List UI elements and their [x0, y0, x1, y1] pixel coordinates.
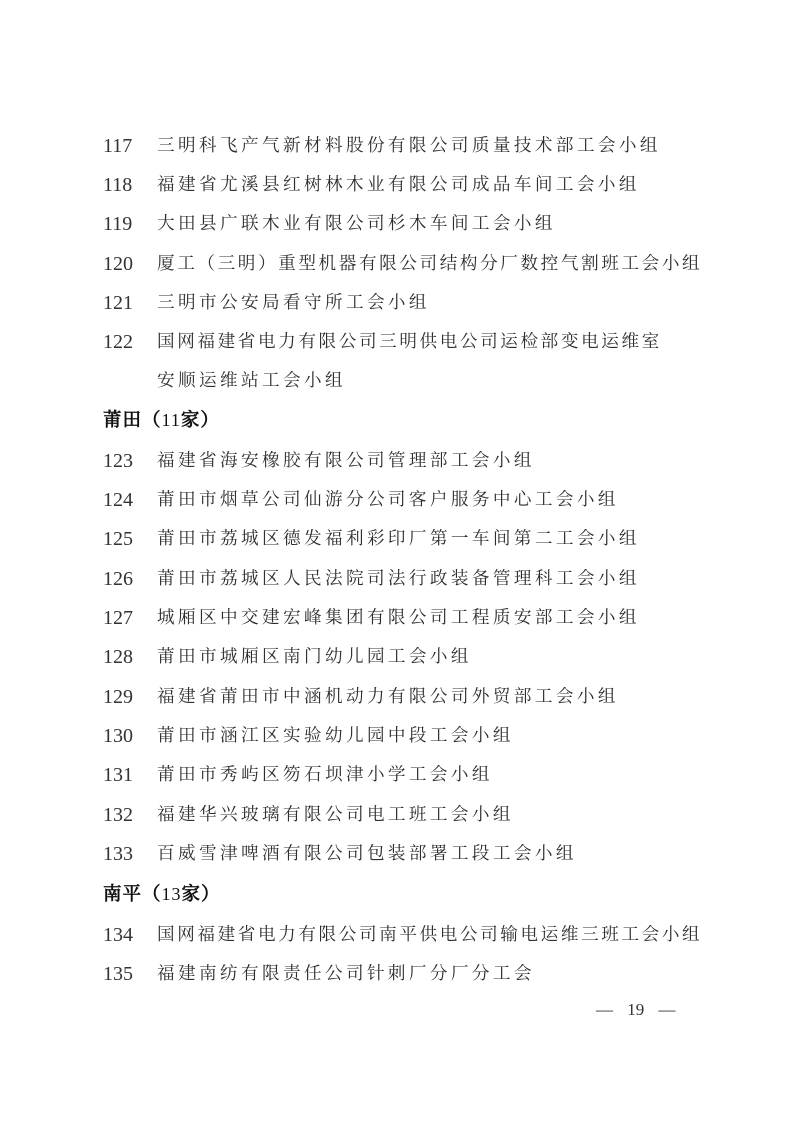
entry-number: 124	[103, 485, 133, 515]
entry-number: 118	[103, 170, 132, 200]
entry-text: 莆田市秀屿区笏石坝津小学工会小组	[157, 760, 493, 790]
entry-text: 大田县广联木业有限公司杉木车间工会小组	[157, 209, 556, 239]
entry-number: 131	[103, 760, 133, 790]
entry-text-continuation: 安顺运维站工会小组	[157, 366, 346, 396]
page-number: — 19 —	[596, 1000, 676, 1020]
entry-number: 134	[103, 920, 133, 950]
section-name: 莆田	[103, 410, 142, 431]
entry-number: 122	[103, 327, 133, 357]
section-count: 11	[162, 410, 181, 430]
entry-text: 国网福建省电力有限公司三明供电公司运检部变电运维室	[157, 327, 662, 357]
entry-text: 百威雪津啤酒有限公司包装部署工段工会小组	[157, 839, 577, 869]
entry-text: 莆田市城厢区南门幼儿园工会小组	[157, 642, 472, 672]
entry-text: 三明市公安局看守所工会小组	[157, 288, 430, 318]
entry-number: 120	[103, 249, 133, 279]
entry-number: 117	[103, 131, 132, 161]
entry-text: 城厢区中交建宏峰集团有限公司工程质安部工会小组	[157, 603, 640, 633]
entry-text: 莆田市烟草公司仙游分公司客户服务中心工会小组	[157, 485, 619, 515]
section-unit: 家）	[181, 410, 220, 431]
entry-text: 莆田市荔城区人民法院司法行政装备管理科工会小组	[157, 564, 640, 594]
entry-text: 国网福建省电力有限公司南平供电公司输电运维三班工会小组	[157, 920, 702, 950]
entry-number: 130	[103, 721, 133, 751]
entry-text: 福建省尤溪县红树林木业有限公司成品车间工会小组	[157, 170, 640, 200]
entry-number: 128	[103, 642, 133, 672]
section-name: 南平	[103, 884, 142, 905]
entry-number: 123	[103, 446, 133, 476]
entry-number: 125	[103, 524, 133, 554]
entry-number: 129	[103, 682, 133, 712]
entry-text: 三明科飞产气新材料股份有限公司质量技术部工会小组	[157, 131, 661, 161]
entry-number: 126	[103, 564, 133, 594]
entry-number: 121	[103, 288, 133, 318]
entry-text: 福建省莆田市中涵机动力有限公司外贸部工会小组	[157, 682, 619, 712]
entry-number: 133	[103, 839, 133, 869]
entry-text: 莆田市荔城区德发福利彩印厂第一车间第二工会小组	[157, 524, 640, 554]
entry-text: 福建南纺有限责任公司针刺厂分厂分工会	[157, 959, 535, 989]
section-open-paren: （	[142, 884, 162, 905]
entry-number: 127	[103, 603, 133, 633]
entry-text: 福建华兴玻璃有限公司电工班工会小组	[157, 800, 514, 830]
entry-text: 厦工（三明）重型机器有限公司结构分厂数控气割班工会小组	[157, 249, 702, 279]
entry-number: 132	[103, 800, 133, 830]
entry-text: 莆田市涵江区实验幼儿园中段工会小组	[157, 721, 514, 751]
entry-number: 119	[103, 209, 132, 239]
section-open-paren: （	[142, 410, 162, 431]
section-unit: 家）	[182, 884, 221, 905]
section-count: 13	[162, 884, 182, 904]
entry-text: 福建省海安橡胶有限公司管理部工会小组	[157, 446, 535, 476]
entry-number: 135	[103, 959, 133, 989]
